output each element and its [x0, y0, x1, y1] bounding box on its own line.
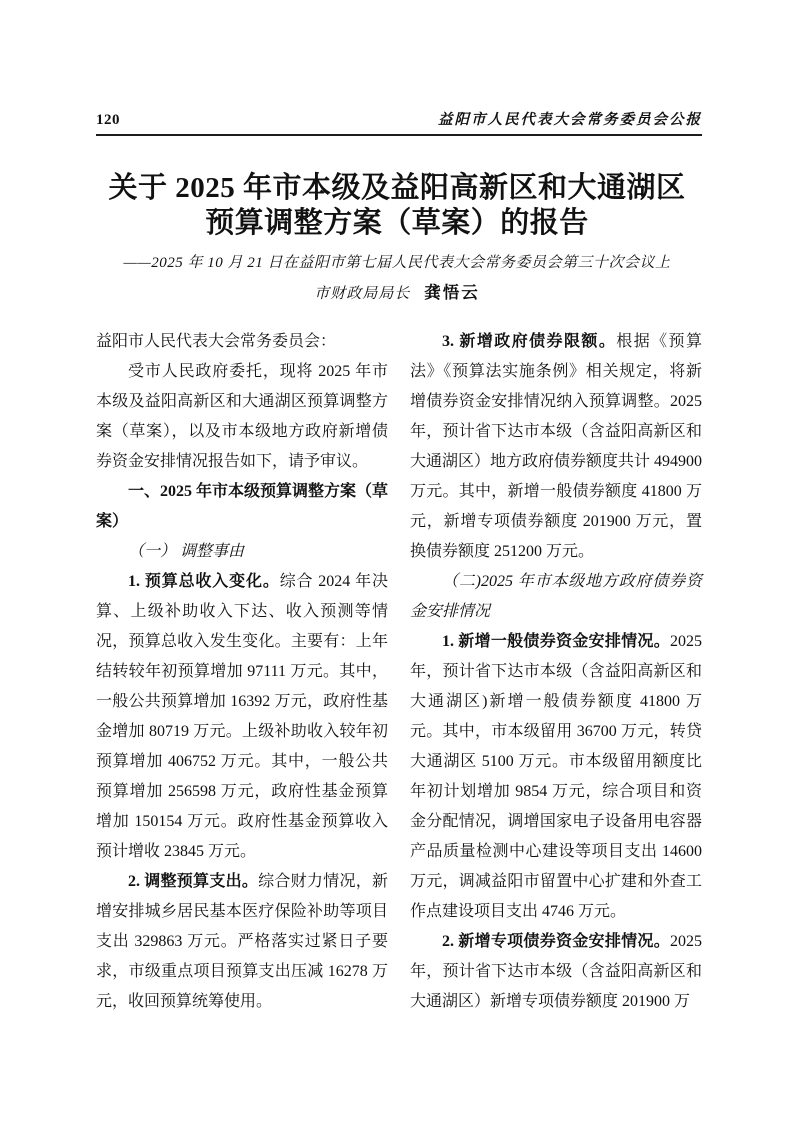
paragraph-item-4-lead: 1. 新增一般债券资金安排情况。: [442, 633, 670, 650]
left-column: 益阳市人民代表大会常务委员会： 受市人民政府委托，现将 2025 年市本级及益阳…: [96, 327, 388, 1017]
paragraph-item-4: 1. 新增一般债券资金安排情况。2025 年，预计省下达市本级（含益阳高新区和大…: [410, 627, 702, 927]
paragraph-item-1: 1. 预算总收入变化。综合 2024 年决算、上级补助收入下达、收入预测等情况，…: [96, 567, 388, 867]
publication-title: 益阳市人民代表大会常务委员会公报: [438, 108, 702, 129]
paragraph-item-5: 2. 新增专项债券资金安排情况。2025 年，预计省下达市本级（含益阳高新区和大…: [410, 927, 702, 1017]
document-title: 关于 2025 年市本级及益阳高新区和大通湖区 预算调整方案（草案）的报告: [47, 171, 747, 241]
paragraph-item-3-lead: 3. 新增政府债券限额。: [442, 333, 616, 350]
paragraph-item-4-text: 2025 年，预计省下达市本级（含益阳高新区和大通湖区)新增一般债券额度 418…: [410, 633, 702, 920]
paragraph-item-1-lead: 1. 预算总收入变化。: [128, 573, 280, 590]
paragraph-intro: 受市人民政府委托，现将 2025 年市本级及益阳高新区和大通湖区预算调整方案（草…: [96, 357, 388, 477]
body-columns: 益阳市人民代表大会常务委员会： 受市人民政府委托，现将 2025 年市本级及益阳…: [96, 327, 702, 1017]
paragraph-item-5-lead: 2. 新增专项债券资金安排情况。: [442, 933, 670, 950]
author-line: 市财政局局长龚悟云: [47, 279, 747, 303]
paragraph-item-2: 2. 调整预算支出。综合财力情况，新增安排城乡居民基本医疗保险补助等项目支出 3…: [96, 867, 388, 1017]
right-column: 3. 新增政府债券限额。根据《预算法》《预算法实施条例》相关规定，将新增债券资金…: [410, 327, 702, 1017]
paragraph-item-2-text: 综合财力情况，新增安排城乡居民基本医疗保险补助等项目支出 329863 万元。严…: [96, 873, 388, 1010]
paragraph-item-2-lead: 2. 调整预算支出。: [128, 873, 258, 890]
section-heading-1: 一、2025 年市本级预算调整方案（草案）: [96, 477, 388, 537]
author-role: 市财政局局长: [314, 286, 410, 302]
paragraph-item-3: 3. 新增政府债券限额。根据《预算法》《预算法实施条例》相关规定，将新增债券资金…: [410, 327, 702, 567]
page-number: 120: [96, 112, 120, 129]
running-header: 120 益阳市人民代表大会常务委员会公报: [96, 108, 702, 136]
document-title-line1: 关于 2025 年市本级及益阳高新区和大通湖区: [47, 171, 747, 206]
subsection-heading-2: （二)2025 年市本级地方政府债券资金安排情况: [410, 567, 702, 627]
document-subtitle: ——2025 年 10 月 21 日在益阳市第七届人民代表大会常务委员会第三十次…: [47, 251, 747, 272]
paragraph-salutation: 益阳市人民代表大会常务委员会：: [96, 327, 388, 357]
subsection-heading-1: （一） 调整事由: [96, 537, 388, 567]
document-page: 120 益阳市人民代表大会常务委员会公报 关于 2025 年市本级及益阳高新区和…: [0, 0, 794, 1122]
paragraph-item-1-text: 综合 2024 年决算、上级补助收入下达、收入预测等情况，预算总收入发生变化。主…: [96, 573, 388, 860]
author-name: 龚悟云: [424, 283, 480, 302]
document-title-line2: 预算调整方案（草案）的报告: [47, 206, 747, 241]
paragraph-item-3-text: 根据《预算法》《预算法实施条例》相关规定，将新增债券资金安排情况纳入预算调整。2…: [410, 333, 702, 560]
